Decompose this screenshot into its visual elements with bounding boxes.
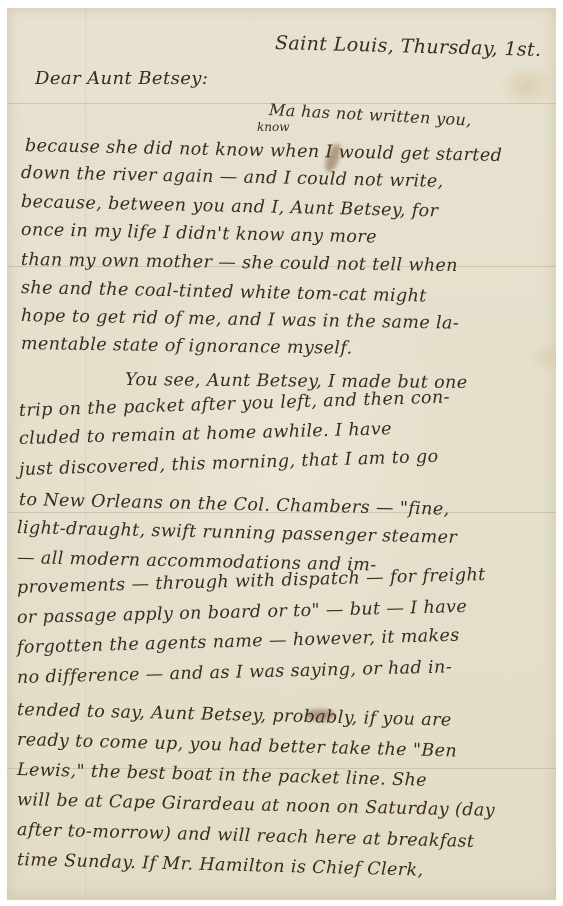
letter-line: just discovered, this morning, that I am…	[19, 447, 439, 480]
interlinear-insertion: Ma has not written you,	[269, 100, 473, 130]
letter-line: hope to get rid of me, and I was in the …	[21, 306, 460, 334]
letter-line: tended to say, Aunt Betsey, probably, if…	[17, 700, 452, 731]
letter-line: than my own mother — she could not tell …	[21, 250, 458, 276]
letter-line: to New Orleans on the Col. Chambers — "f…	[19, 490, 450, 520]
letter-line: time Sunday. If Mr. Hamilton is Chief Cl…	[17, 850, 424, 881]
letter-line: forgotten the agents name — however, it …	[17, 626, 460, 658]
letter-line: no difference — and as I was saying, or …	[17, 657, 453, 688]
letter-page: Saint Louis, Thursday, 1st. Dear Aunt Be…	[7, 8, 556, 900]
letter-line: because, between you and I, Aunt Betsey,…	[21, 192, 439, 221]
letter-line: she and the coal-tinted white tom-cat mi…	[21, 278, 427, 306]
letter-line: Lewis," the best boat in the packet line…	[17, 760, 427, 791]
letter-line: trip on the packet after you left, and t…	[19, 387, 451, 421]
letter-line: cluded to remain at home awhile. I have	[19, 419, 392, 449]
letter-line: once in my life I didn't know any more	[21, 220, 377, 247]
letter-line: will be at Cape Girardeau at noon on Sat…	[17, 790, 495, 821]
letter-line: because she did not know when I would ge…	[25, 136, 503, 166]
letter-line: light-draught, swift running passenger s…	[17, 518, 458, 548]
salutation: Dear Aunt Betsey:	[35, 68, 208, 89]
caret-insertion: know	[257, 120, 290, 134]
letter-line: ready to come up, you had better take th…	[17, 730, 458, 762]
letter-line: mentable state of ignorance myself.	[21, 334, 353, 359]
dateline: Saint Louis, Thursday, 1st.	[275, 32, 542, 61]
